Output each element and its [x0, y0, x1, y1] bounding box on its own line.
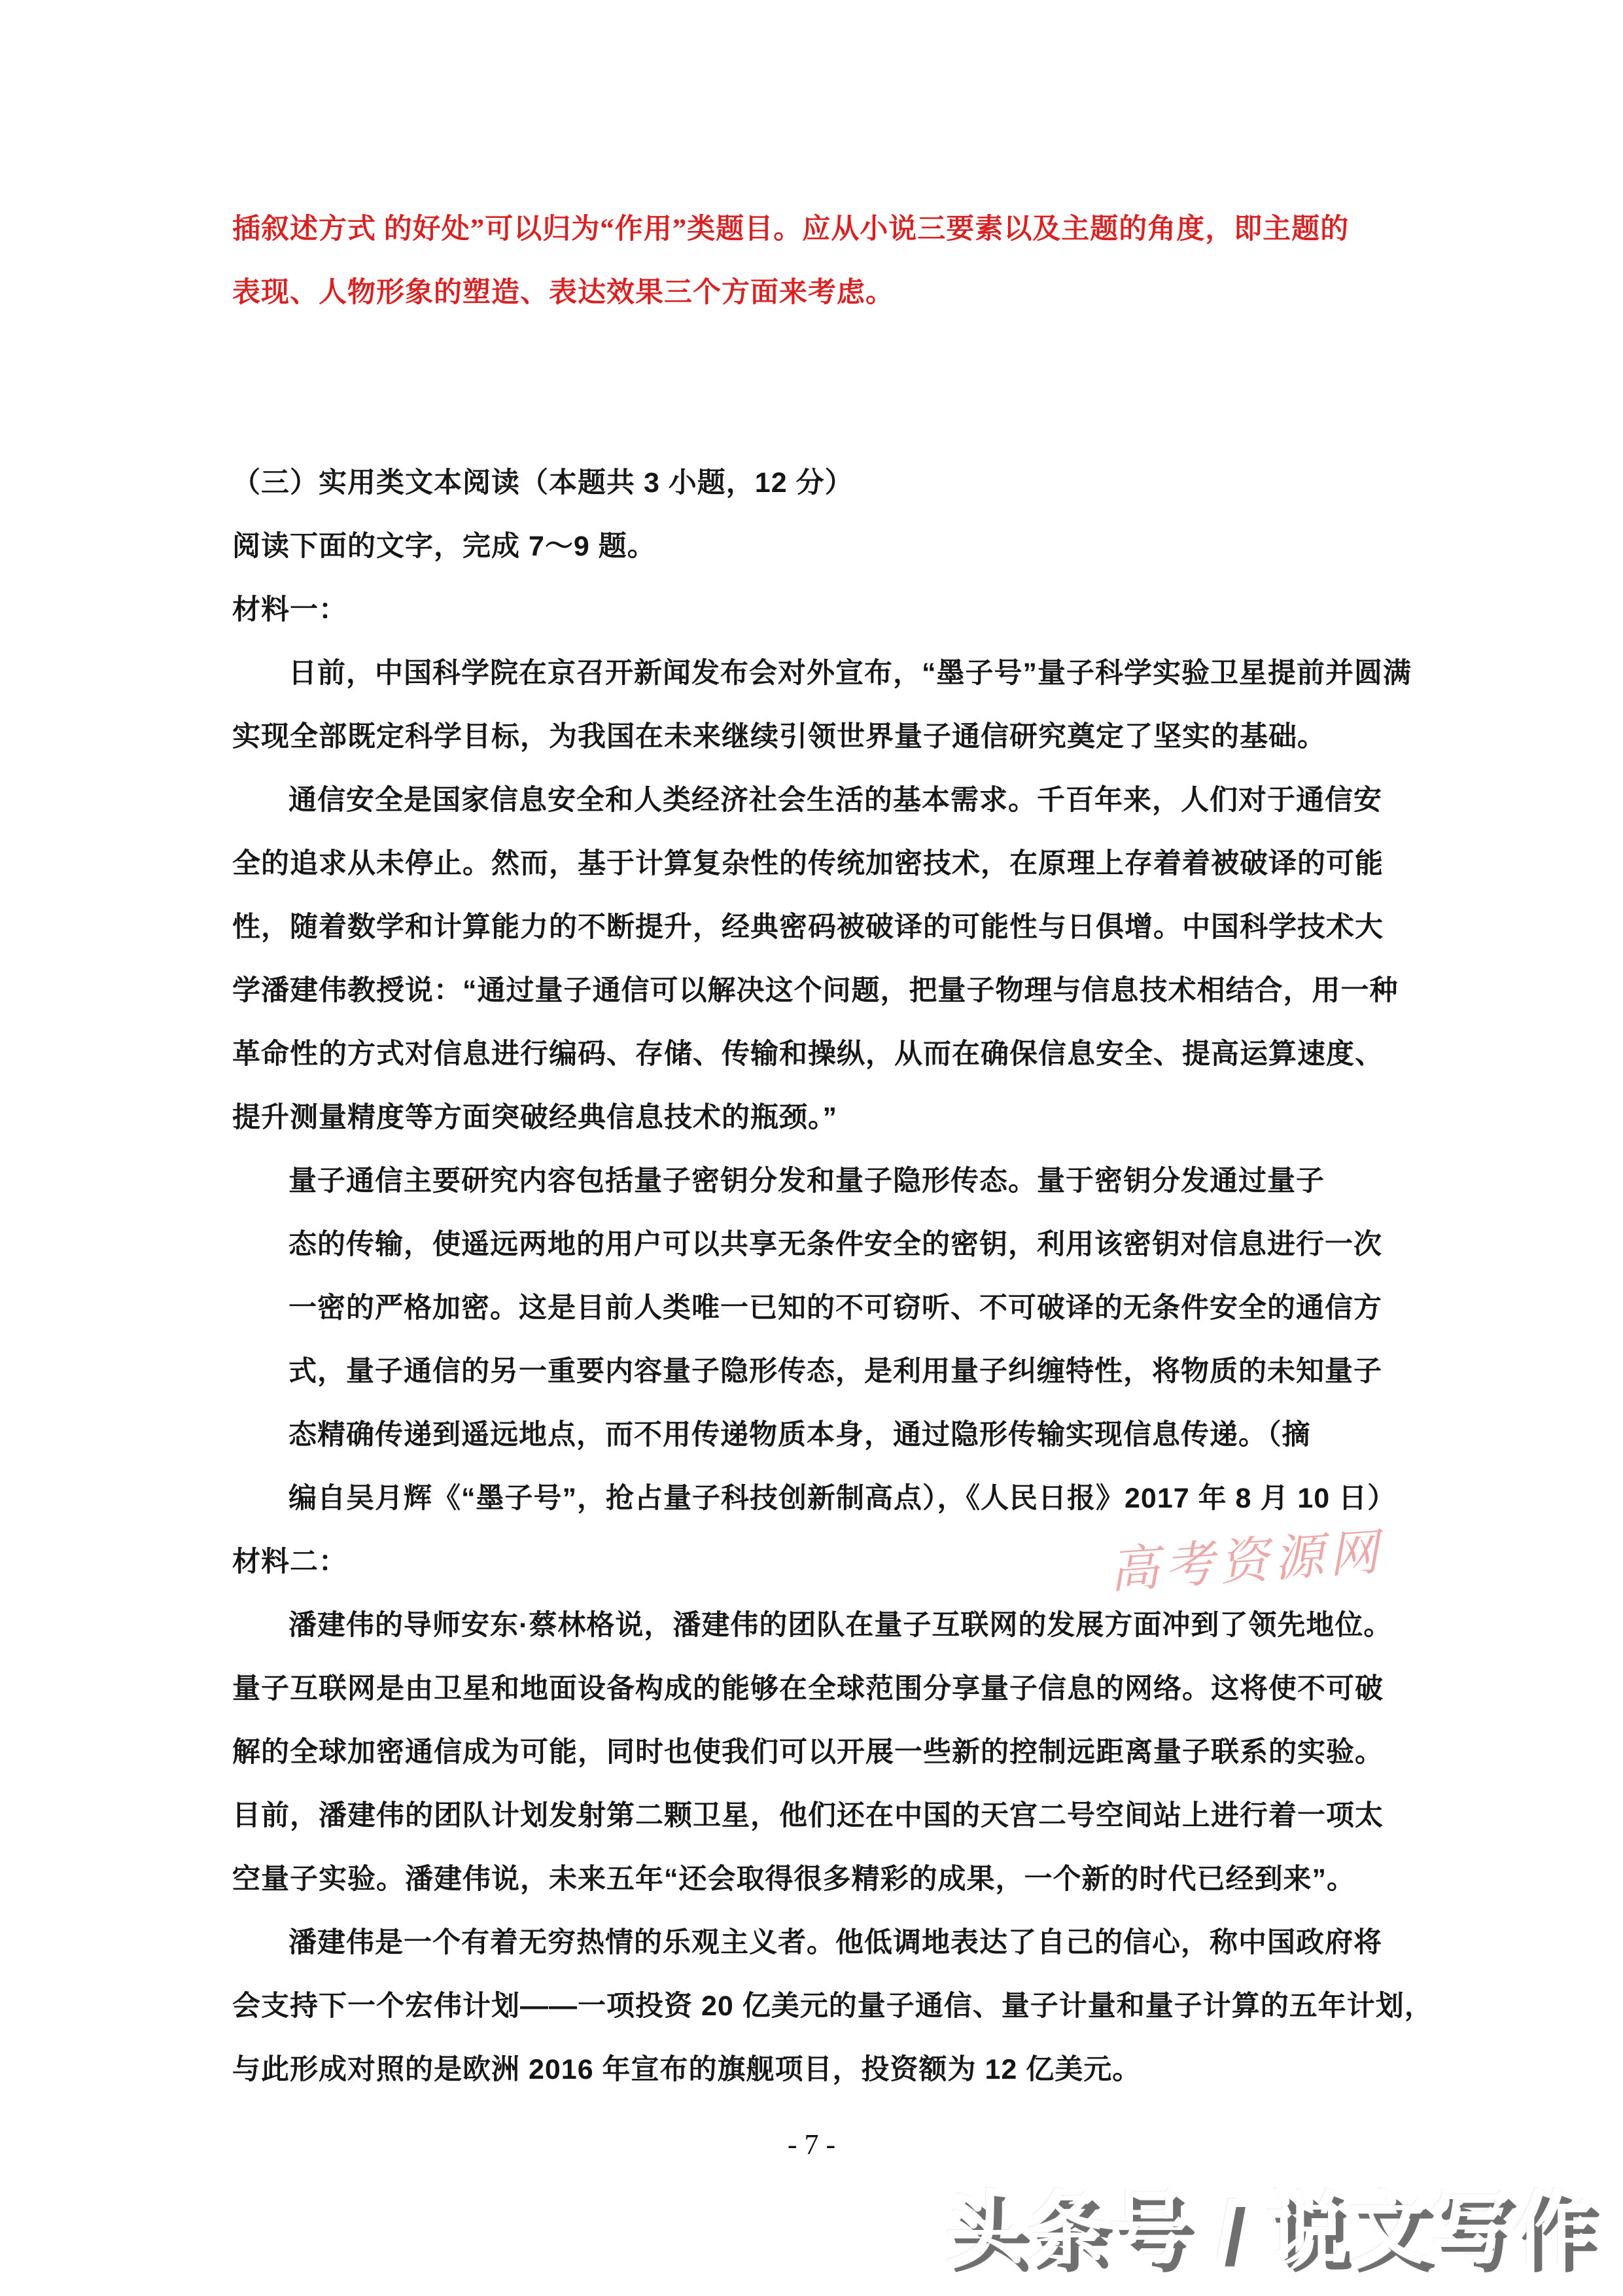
- text-line: 目前，潘建伟的团队计划发射第二颗卫星，他们还在中国的天宫二号空间站上进行着一项太: [232, 1784, 1416, 1848]
- section-instruction: 阅读下面的文字，完成 7～9 题。: [232, 515, 1416, 578]
- text-line: 潘建伟的导师安东·蔡林格说，潘建伟的团队在量子互联网的发展方面冲到了领先地位。: [232, 1594, 1416, 1657]
- answer-note-line: 插叙述方式 的好处”可以归为“作用”类题目。应从小说三要素以及主题的角度，即主题…: [232, 198, 1416, 261]
- page-number: - 7 -: [0, 2128, 1623, 2161]
- text-line: 学潘建伟教授说：“通过量子通信可以解决这个问题，把量子物理与信息技术相结合，用一…: [232, 959, 1416, 1023]
- quote-block-line: 式，量子通信的另一重要内容量子隐形传态，是利用量子纠缠特性，将物质的未知量子: [288, 1340, 1416, 1404]
- text-line: 会支持下一个宏伟计划——一项投资 20 亿美元的量子通信、量子计量和量子计算的五…: [232, 1975, 1416, 2038]
- answer-note-line: 表现、人物形象的塑造、表达效果三个方面来考虑。: [232, 261, 1416, 325]
- text-line: 性，随着数学和计算能力的不断提升，经典密码被破译的可能性与日俱增。中国科学技术大: [232, 896, 1416, 959]
- blank-line: [232, 388, 1416, 451]
- material1-label: 材料一：: [232, 578, 1416, 642]
- text-line: 解的全球加密通信成为可能，同时也使我们可以开展一些新的控制远距离量子联系的实验。: [232, 1721, 1416, 1784]
- quote-block-line: 态的传输，使遥远两地的用户可以共享无条件安全的密钥，利用该密钥对信息进行一次: [288, 1213, 1416, 1277]
- section-heading: （三）实用类文本阅读（本题共 3 小题，12 分）: [232, 451, 1416, 515]
- quote-block-line: 量子通信主要研究内容包括量子密钥分发和量子隐形传态。量于密钥分发通过量子: [288, 1150, 1416, 1213]
- quote-block-line: 一密的严格加密。这是目前人类唯一已知的不可窃听、不可破译的无条件安全的通信方: [288, 1277, 1416, 1340]
- text-line: 潘建伟是一个有着无穷热情的乐观主义者。他低调地表达了自己的信心，称中国政府将: [232, 1911, 1416, 1975]
- text-line: 空量子实验。潘建伟说，未来五年“还会取得很多精彩的成果，一个新的时代已经到来”。: [232, 1848, 1416, 1911]
- text-line: 日前，中国科学院在京召开新闻发布会对外宣布，“墨子号”量子科学实验卫星提前并圆满: [232, 642, 1416, 705]
- text-line: 与此形成对照的是欧洲 2016 年宣布的旗舰项目，投资额为 12 亿美元。: [232, 2038, 1416, 2102]
- text-body: 插叙述方式 的好处”可以归为“作用”类题目。应从小说三要素以及主题的角度，即主题…: [232, 198, 1416, 2102]
- text-line: 实现全部既定科学目标，为我国在未来继续引领世界量子通信研究奠定了坚实的基础。: [232, 705, 1416, 769]
- text-line: 全的追求从未停止。然而，基于计算复杂性的传统加密技术，在原理上存着着被破译的可能: [232, 832, 1416, 896]
- text-line: 革命性的方式对信息进行编码、存储、传输和操纵，从而在确保信息安全、提高运算速度、: [232, 1023, 1416, 1086]
- toutiao-banner-watermark: 头条号 / 说文写作: [944, 2164, 1596, 2279]
- document-page: 插叙述方式 的好处”可以归为“作用”类题目。应从小说三要素以及主题的角度，即主题…: [0, 0, 1623, 2296]
- text-line: 提升测量精度等方面突破经典信息技术的瓶颈。”: [232, 1086, 1416, 1150]
- text-line: 通信安全是国家信息安全和人类经济社会生活的基本需求。千百年来，人们对于通信安: [232, 769, 1416, 832]
- quote-block-line: 态精确传递到遥远地点，而不用传递物质本身，通过隐形传输实现信息传递。（摘: [288, 1404, 1416, 1467]
- text-line: 量子互联网是由卫星和地面设备构成的能够在全球范围分享量子信息的网络。这将使不可破: [232, 1657, 1416, 1721]
- blank-line: [232, 325, 1416, 388]
